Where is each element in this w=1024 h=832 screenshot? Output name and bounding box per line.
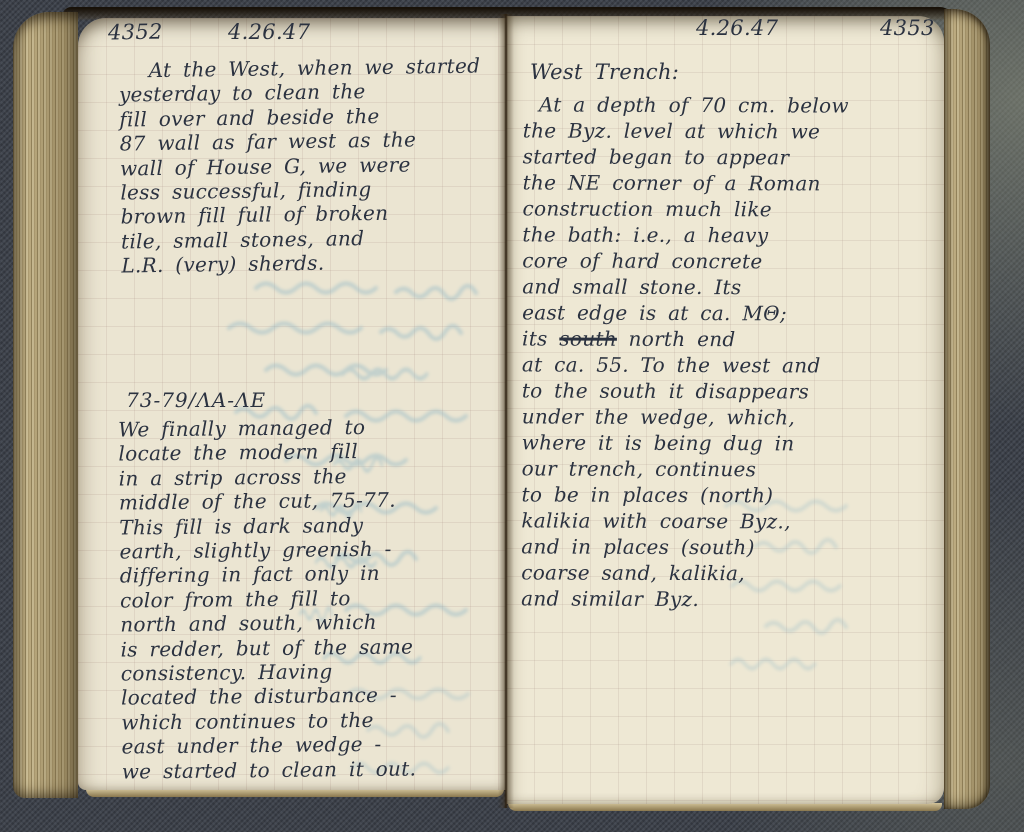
- handwritten-line: where it is being dug in: [522, 429, 848, 456]
- left-page: 4352 4.26.47 At the West, when we starte…: [78, 18, 506, 790]
- page-stack-right-edge: [944, 9, 990, 809]
- handwritten-line: which continues to the: [121, 707, 416, 734]
- left-paragraph-1: At the West, when we startedyesterday to…: [118, 53, 483, 278]
- handwritten-line: color from the fill to: [120, 585, 415, 612]
- struck-word: south: [559, 327, 617, 351]
- handwritten-line: under the wedge, which,: [522, 403, 848, 430]
- handwritten-line: the NE corner of a Roman: [523, 169, 849, 196]
- left-page-date: 4.26.47: [228, 20, 310, 44]
- right-page-number: 4353: [880, 16, 935, 40]
- handwritten-line: consistency. Having: [121, 659, 416, 686]
- handwritten-line: the bath: i.e., a heavy: [522, 221, 848, 248]
- handwritten-line: to be in places (north): [521, 481, 847, 508]
- right-page-date: 4.26.47: [696, 16, 778, 40]
- notebook-spread-photo: 4352 4.26.47 At the West, when we starte…: [0, 0, 1024, 832]
- handwritten-line: and small stone. Its: [522, 273, 848, 300]
- handwritten-line: in a strip across the: [119, 463, 414, 490]
- handwritten-line: differing in fact only in: [120, 561, 415, 588]
- handwritten-line: middle of the cut, 75-77.: [119, 488, 414, 515]
- handwritten-line: east edge is at ca. ΜΘ;: [522, 299, 848, 326]
- handwritten-line: our trench, continues: [522, 455, 848, 482]
- page-stack-left-edge: [13, 12, 78, 798]
- handwritten-line: is redder, but of the same: [120, 634, 415, 661]
- handwritten-line: This fill is dark sandy: [119, 512, 414, 539]
- handwritten-line: construction much like: [522, 195, 848, 222]
- handwritten-line: We finally managed to: [118, 414, 413, 441]
- left-page-number: 4352: [108, 20, 163, 45]
- handwritten-line: and similar Byz.: [521, 585, 847, 612]
- handwritten-line: started began to appear: [523, 143, 849, 170]
- handwritten-line: to the south it disappears: [522, 377, 848, 404]
- right-page-heading: West Trench:: [530, 60, 679, 84]
- handwritten-line-with-strikeout: its south north end: [522, 325, 848, 352]
- handwritten-line: At a depth of 70 cm. below: [523, 91, 849, 118]
- right-lines-before-strike: At a depth of 70 cm. belowthe Byz. level…: [522, 91, 849, 326]
- section-heading: 73-79/ΛΑ-ΛΕ: [126, 388, 266, 412]
- handwritten-line: L.R. (very) sherds.: [121, 249, 483, 278]
- handwritten-line: east under the wedge -: [121, 732, 416, 759]
- handwritten-line: the Byz. level at which we: [523, 117, 849, 144]
- handwritten-line: at ca. 55. To the west and: [522, 351, 848, 378]
- handwritten-line: core of hard concrete: [522, 247, 848, 274]
- right-page: 4.26.47 4353 West Trench: At a depth of …: [506, 16, 944, 804]
- right-page-body: At a depth of 70 cm. belowthe Byz. level…: [521, 91, 849, 612]
- book-gutter: [498, 14, 514, 808]
- right-lines-after-strike: at ca. 55. To the west andto the south i…: [521, 351, 848, 612]
- strike-line-suffix: north end: [617, 327, 736, 351]
- handwritten-line: north and south, which: [120, 610, 415, 637]
- handwritten-line: locate the modern fill: [118, 439, 413, 466]
- handwritten-line: located the disturbance -: [121, 683, 416, 710]
- handwritten-line: earth, slightly greenish -: [119, 536, 414, 563]
- strike-line-prefix: its: [522, 326, 559, 350]
- handwritten-line: coarse sand, kalikia,: [521, 559, 847, 586]
- handwritten-line: kalikia with coarse Byz.,: [521, 507, 847, 534]
- handwritten-line: we started to clean it out.: [122, 756, 417, 783]
- handwritten-line: and in places (south): [521, 533, 847, 560]
- left-paragraph-2: We finally managed tolocate the modern f…: [118, 414, 416, 783]
- page-stack-bottom-edge-left: [86, 789, 504, 797]
- page-stack-bottom-edge-right: [508, 803, 942, 811]
